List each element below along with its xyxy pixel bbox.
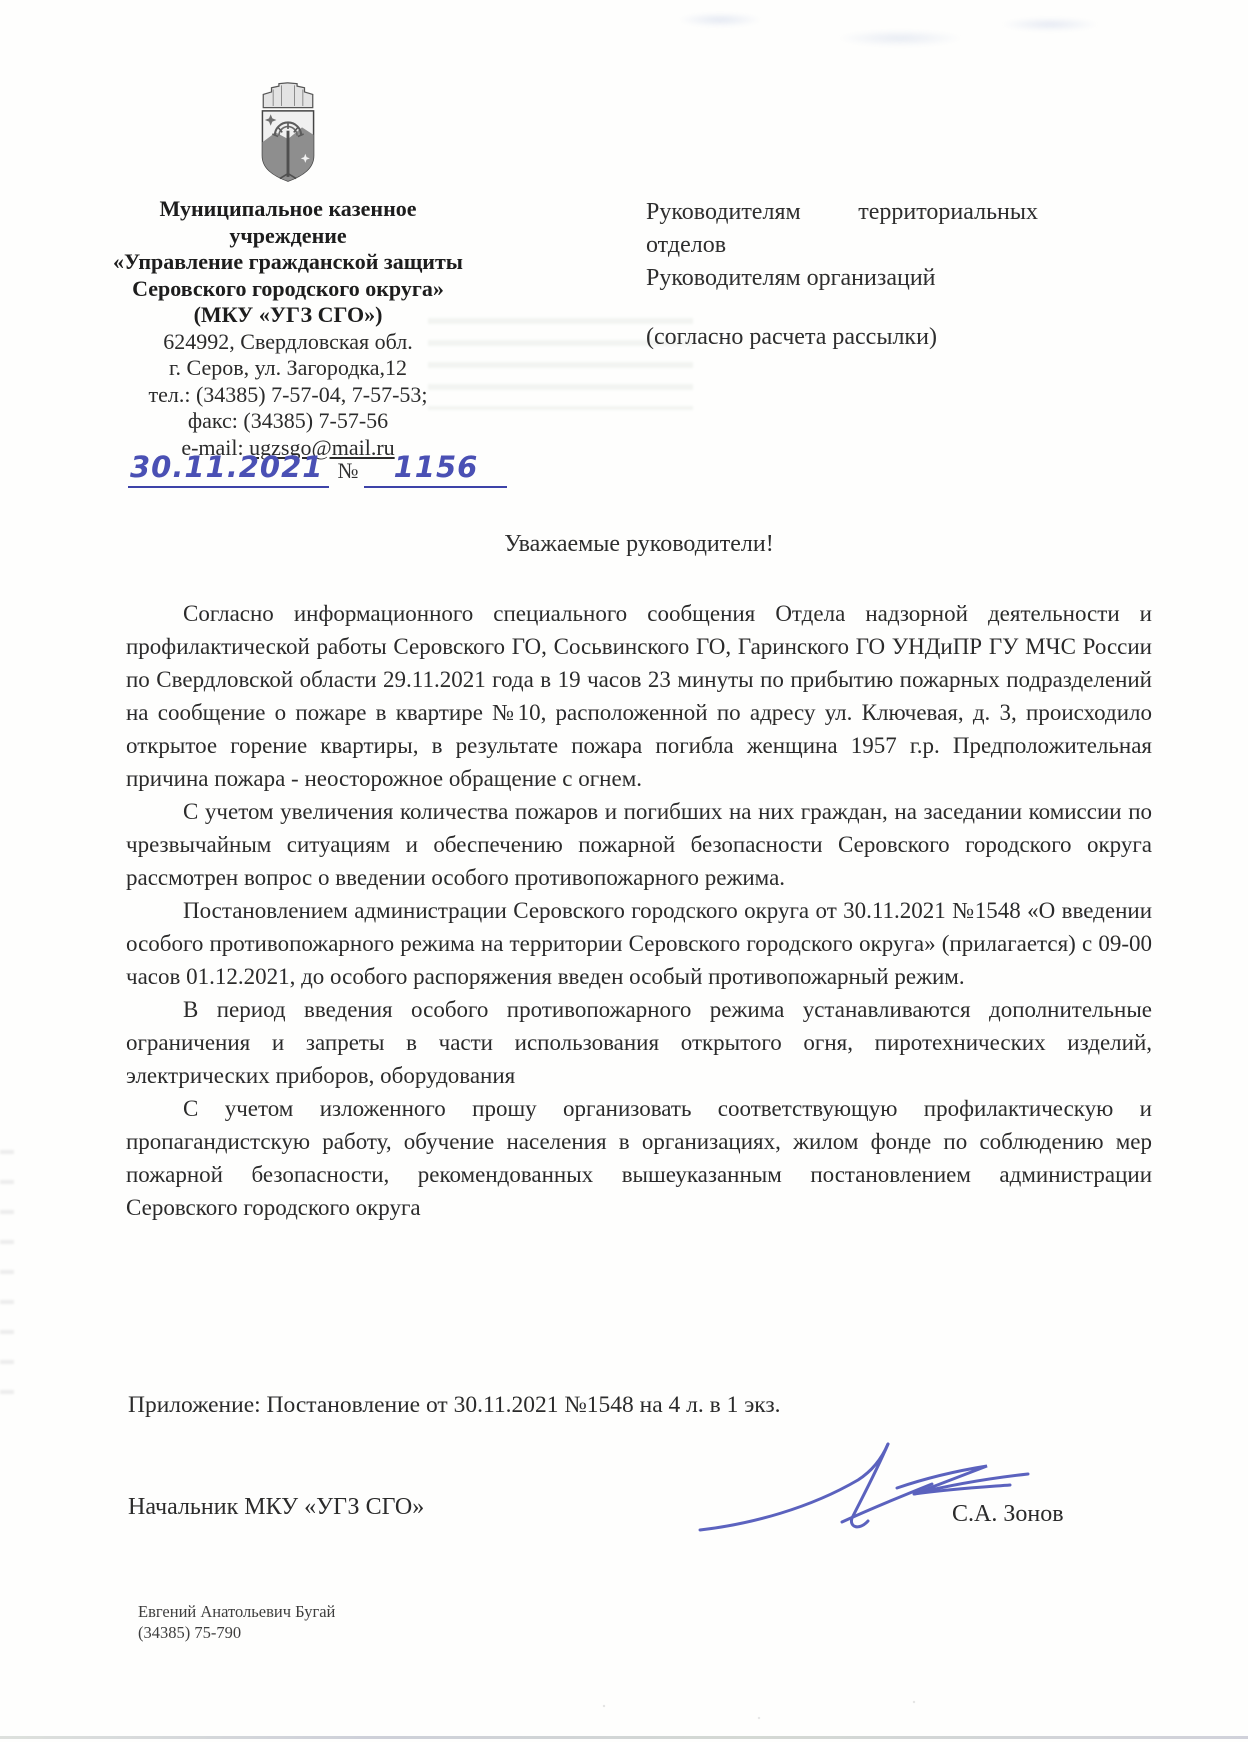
org-abbreviation: (МКУ «УГЗ СГО») bbox=[68, 302, 508, 329]
recipient-line-territorial: Руководителям территориальных отделов bbox=[646, 196, 1038, 262]
handwritten-date: 30.11.2021 bbox=[130, 450, 323, 484]
executor-block: Евгений Анатольевич Бугай (34385) 75-790 bbox=[138, 1601, 335, 1643]
executor-name: Евгений Анатольевич Бугай bbox=[138, 1601, 335, 1622]
registration-line: 30.11.2021 № 1156 bbox=[128, 450, 488, 488]
org-name-line: Муниципальное казенное bbox=[68, 196, 508, 223]
org-name-line: «Управление гражданской защиты bbox=[68, 249, 508, 276]
scan-bleedthrough-left-edge bbox=[0, 1150, 14, 1410]
number-sign: № bbox=[329, 458, 364, 488]
scan-bottom-edge-line bbox=[0, 1736, 1248, 1739]
org-name-line: учреждение bbox=[68, 223, 508, 250]
body-paragraph: С учетом увеличения количества пожаров и… bbox=[126, 795, 1152, 894]
distribution-note: (согласно расчета рассылки) bbox=[646, 321, 1076, 354]
body-paragraph: В период введения особого противопожарно… bbox=[126, 993, 1152, 1092]
handwritten-number-underline: 1156 bbox=[364, 450, 507, 488]
body-paragraph: Постановлением администрации Серовского … bbox=[126, 894, 1152, 993]
org-name-line: Серовского городского округа» bbox=[68, 276, 508, 303]
attachment-note: Приложение: Постановление от 30.11.2021 … bbox=[128, 1392, 1128, 1419]
executor-phone: (34385) 75-790 bbox=[138, 1622, 335, 1643]
org-phone: тел.: (34385) 7-57-04, 7-57-53; bbox=[68, 382, 508, 409]
recipient-block: Руководителям территориальных отделов Ру… bbox=[646, 196, 1076, 354]
org-postal-address: 624992, Свердловская обл. bbox=[68, 329, 508, 356]
recipient-line-organizations: Руководителям организаций bbox=[646, 262, 1076, 295]
scan-bleedthrough-top bbox=[540, 6, 1140, 52]
serov-coat-of-arms-icon bbox=[255, 78, 321, 190]
handwritten-date-underline: 30.11.2021 bbox=[128, 450, 329, 488]
scan-speckles bbox=[480, 1690, 1100, 1730]
org-street-address: г. Серов, ул. Загородка,12 bbox=[68, 355, 508, 382]
scanned-letter-page: Муниципальное казенное учреждение «Управ… bbox=[0, 0, 1248, 1742]
letter-body: Согласно информационного специального со… bbox=[126, 597, 1152, 1224]
handwritten-number: 1156 bbox=[394, 450, 479, 484]
signer-position: Начальник МКУ «УГЗ СГО» bbox=[128, 1494, 424, 1521]
org-fax: факс: (34385) 7-57-56 bbox=[68, 408, 508, 435]
salutation: Уважаемые руководители! bbox=[126, 531, 1152, 558]
signer-name: С.А. Зонов bbox=[952, 1501, 1064, 1528]
body-paragraph: Согласно информационного специального со… bbox=[126, 597, 1152, 795]
body-paragraph: С учетом изложенного прошу организовать … bbox=[126, 1092, 1152, 1224]
sender-block: Муниципальное казенное учреждение «Управ… bbox=[68, 78, 508, 461]
